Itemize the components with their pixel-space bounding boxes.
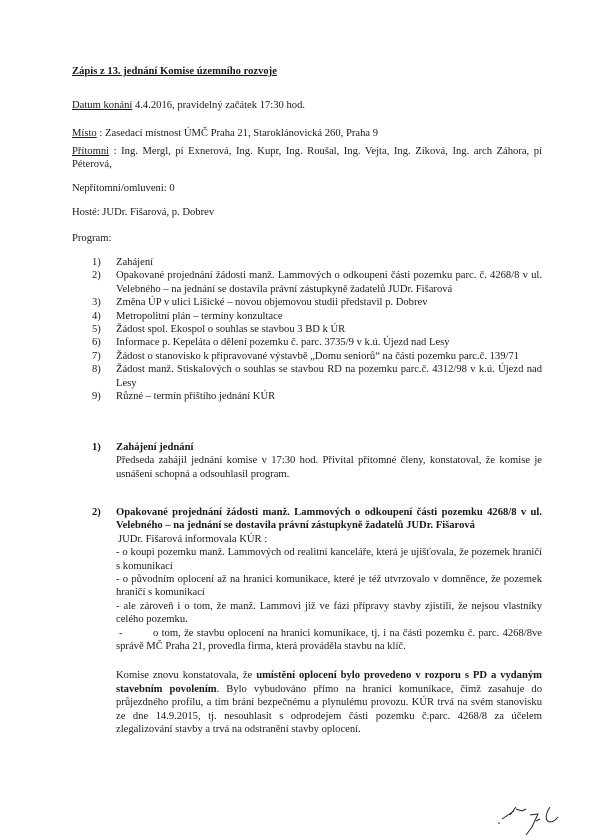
- attendees: Přítomni : Ing. Mergl, pí Exnerová, Ing.…: [72, 145, 542, 172]
- section-lamm-request: 2)Opakované projednání žádosti manž. Lam…: [92, 506, 542, 737]
- program-item: 5)Žádost spol. Ekospol o souhlas se stav…: [92, 323, 542, 336]
- absent-line: Nepřítomni/omluveni: 0: [72, 182, 542, 195]
- program-item: 3)Změna ÚP v ulici Lišické – novou objem…: [92, 296, 542, 309]
- document-page: Zápis z 13. jednání Komise územního rozv…: [0, 0, 594, 840]
- bullet-point: - o původním oplocení až na hranici komu…: [92, 573, 542, 600]
- signature-icon: [470, 795, 580, 840]
- bullet-point: -o tom, že stavbu oplocení na hranici ko…: [92, 627, 542, 654]
- section-heading: 2)Opakované projednání žádosti manž. Lam…: [92, 506, 542, 533]
- meeting-place: Místo : Zasedací místnost ÚMČ Praha 21, …: [72, 127, 542, 140]
- attendees-label: Přítomni: [72, 146, 109, 157]
- document-title: Zápis z 13. jednání Komise územního rozv…: [72, 65, 277, 78]
- bullet-point: - ale zároveň i o tom, že manž. Lammovi …: [92, 600, 542, 627]
- program-label: Program:: [72, 232, 542, 245]
- program-item: 4)Metropolitní plán – termíny konzultace: [92, 310, 542, 323]
- date-value: 4.4.2016, pravidelný začátek 17:30 hod.: [132, 100, 305, 111]
- program-item: 1)Zahájení: [92, 256, 542, 269]
- bullet-point: - o koupi pozemku manž. Lammových od rea…: [92, 546, 542, 573]
- program-item: 8)Žádost manž. Stiskalových o souhlas se…: [92, 363, 542, 390]
- program-list: 1)Zahájení 2)Opakované projednání žádost…: [92, 256, 542, 403]
- conclusion-paragraph: Komise znovu konstatovala, že umístění o…: [92, 669, 542, 736]
- date-label: Datum konání: [72, 100, 132, 111]
- section-body: Předseda zahájil jednání komise v 17:30 …: [92, 454, 542, 481]
- meeting-date: Datum konání 4.4.2016, pravidelný začáte…: [72, 99, 542, 112]
- place-label: Místo: [72, 128, 97, 139]
- program-item: 2)Opakované projednání žádosti manž. Lam…: [92, 269, 542, 296]
- section-intro: JUDr. Fišarová informovala KÚR :: [92, 533, 542, 546]
- place-value: : Zasedací místnost ÚMČ Praha 21, Starok…: [97, 128, 378, 139]
- program-item: 7)Žádost o stanovisko k připravované výs…: [92, 350, 542, 363]
- attendees-value: : Ing. Mergl, pí Exnerová, Ing. Kupr, In…: [72, 146, 542, 170]
- section-opening: 1)Zahájení jednání Předseda zahájil jedn…: [92, 441, 542, 481]
- section-heading: 1)Zahájení jednání: [92, 441, 542, 454]
- guests-line: Hosté: JUDr. Fišarová, p. Dobrev: [72, 206, 542, 219]
- program-item: 6)Informace p. Kepeláta o dělení pozemku…: [92, 336, 542, 349]
- program-item: 9)Různé – termín příštího jednání KÚR: [92, 390, 542, 403]
